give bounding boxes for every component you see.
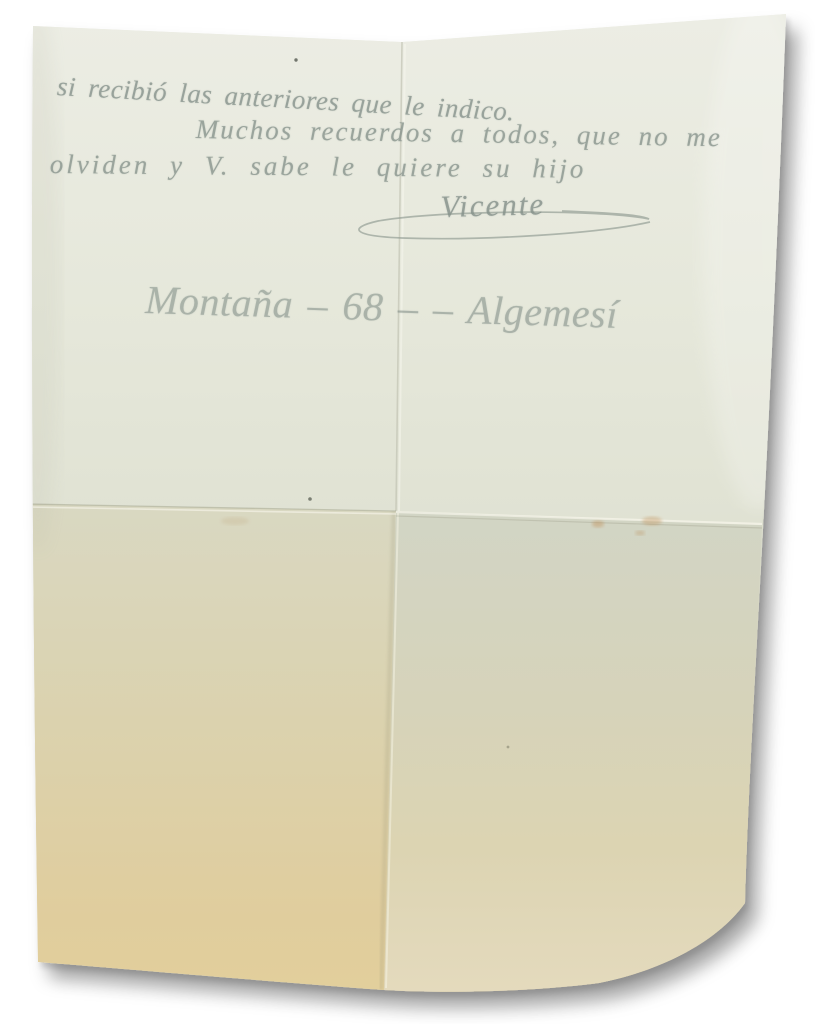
paper-left-shading <box>16 10 60 550</box>
paper-sheen <box>703 0 813 510</box>
paper-speck <box>294 58 297 61</box>
paper-bottom-right <box>384 511 762 992</box>
photo-of-letter: si recibió las anteriores que le indico.… <box>0 0 815 1024</box>
paper-speck <box>308 497 312 501</box>
foxing-spot <box>592 521 604 528</box>
paper-speck <box>507 746 510 749</box>
foxing-stain-faint <box>221 517 249 525</box>
letter-paper <box>0 0 815 1024</box>
foxing-spot <box>635 531 645 536</box>
paper-top-half <box>30 14 786 525</box>
paper-bottom-left <box>30 504 396 990</box>
foxing-spot <box>642 517 662 526</box>
